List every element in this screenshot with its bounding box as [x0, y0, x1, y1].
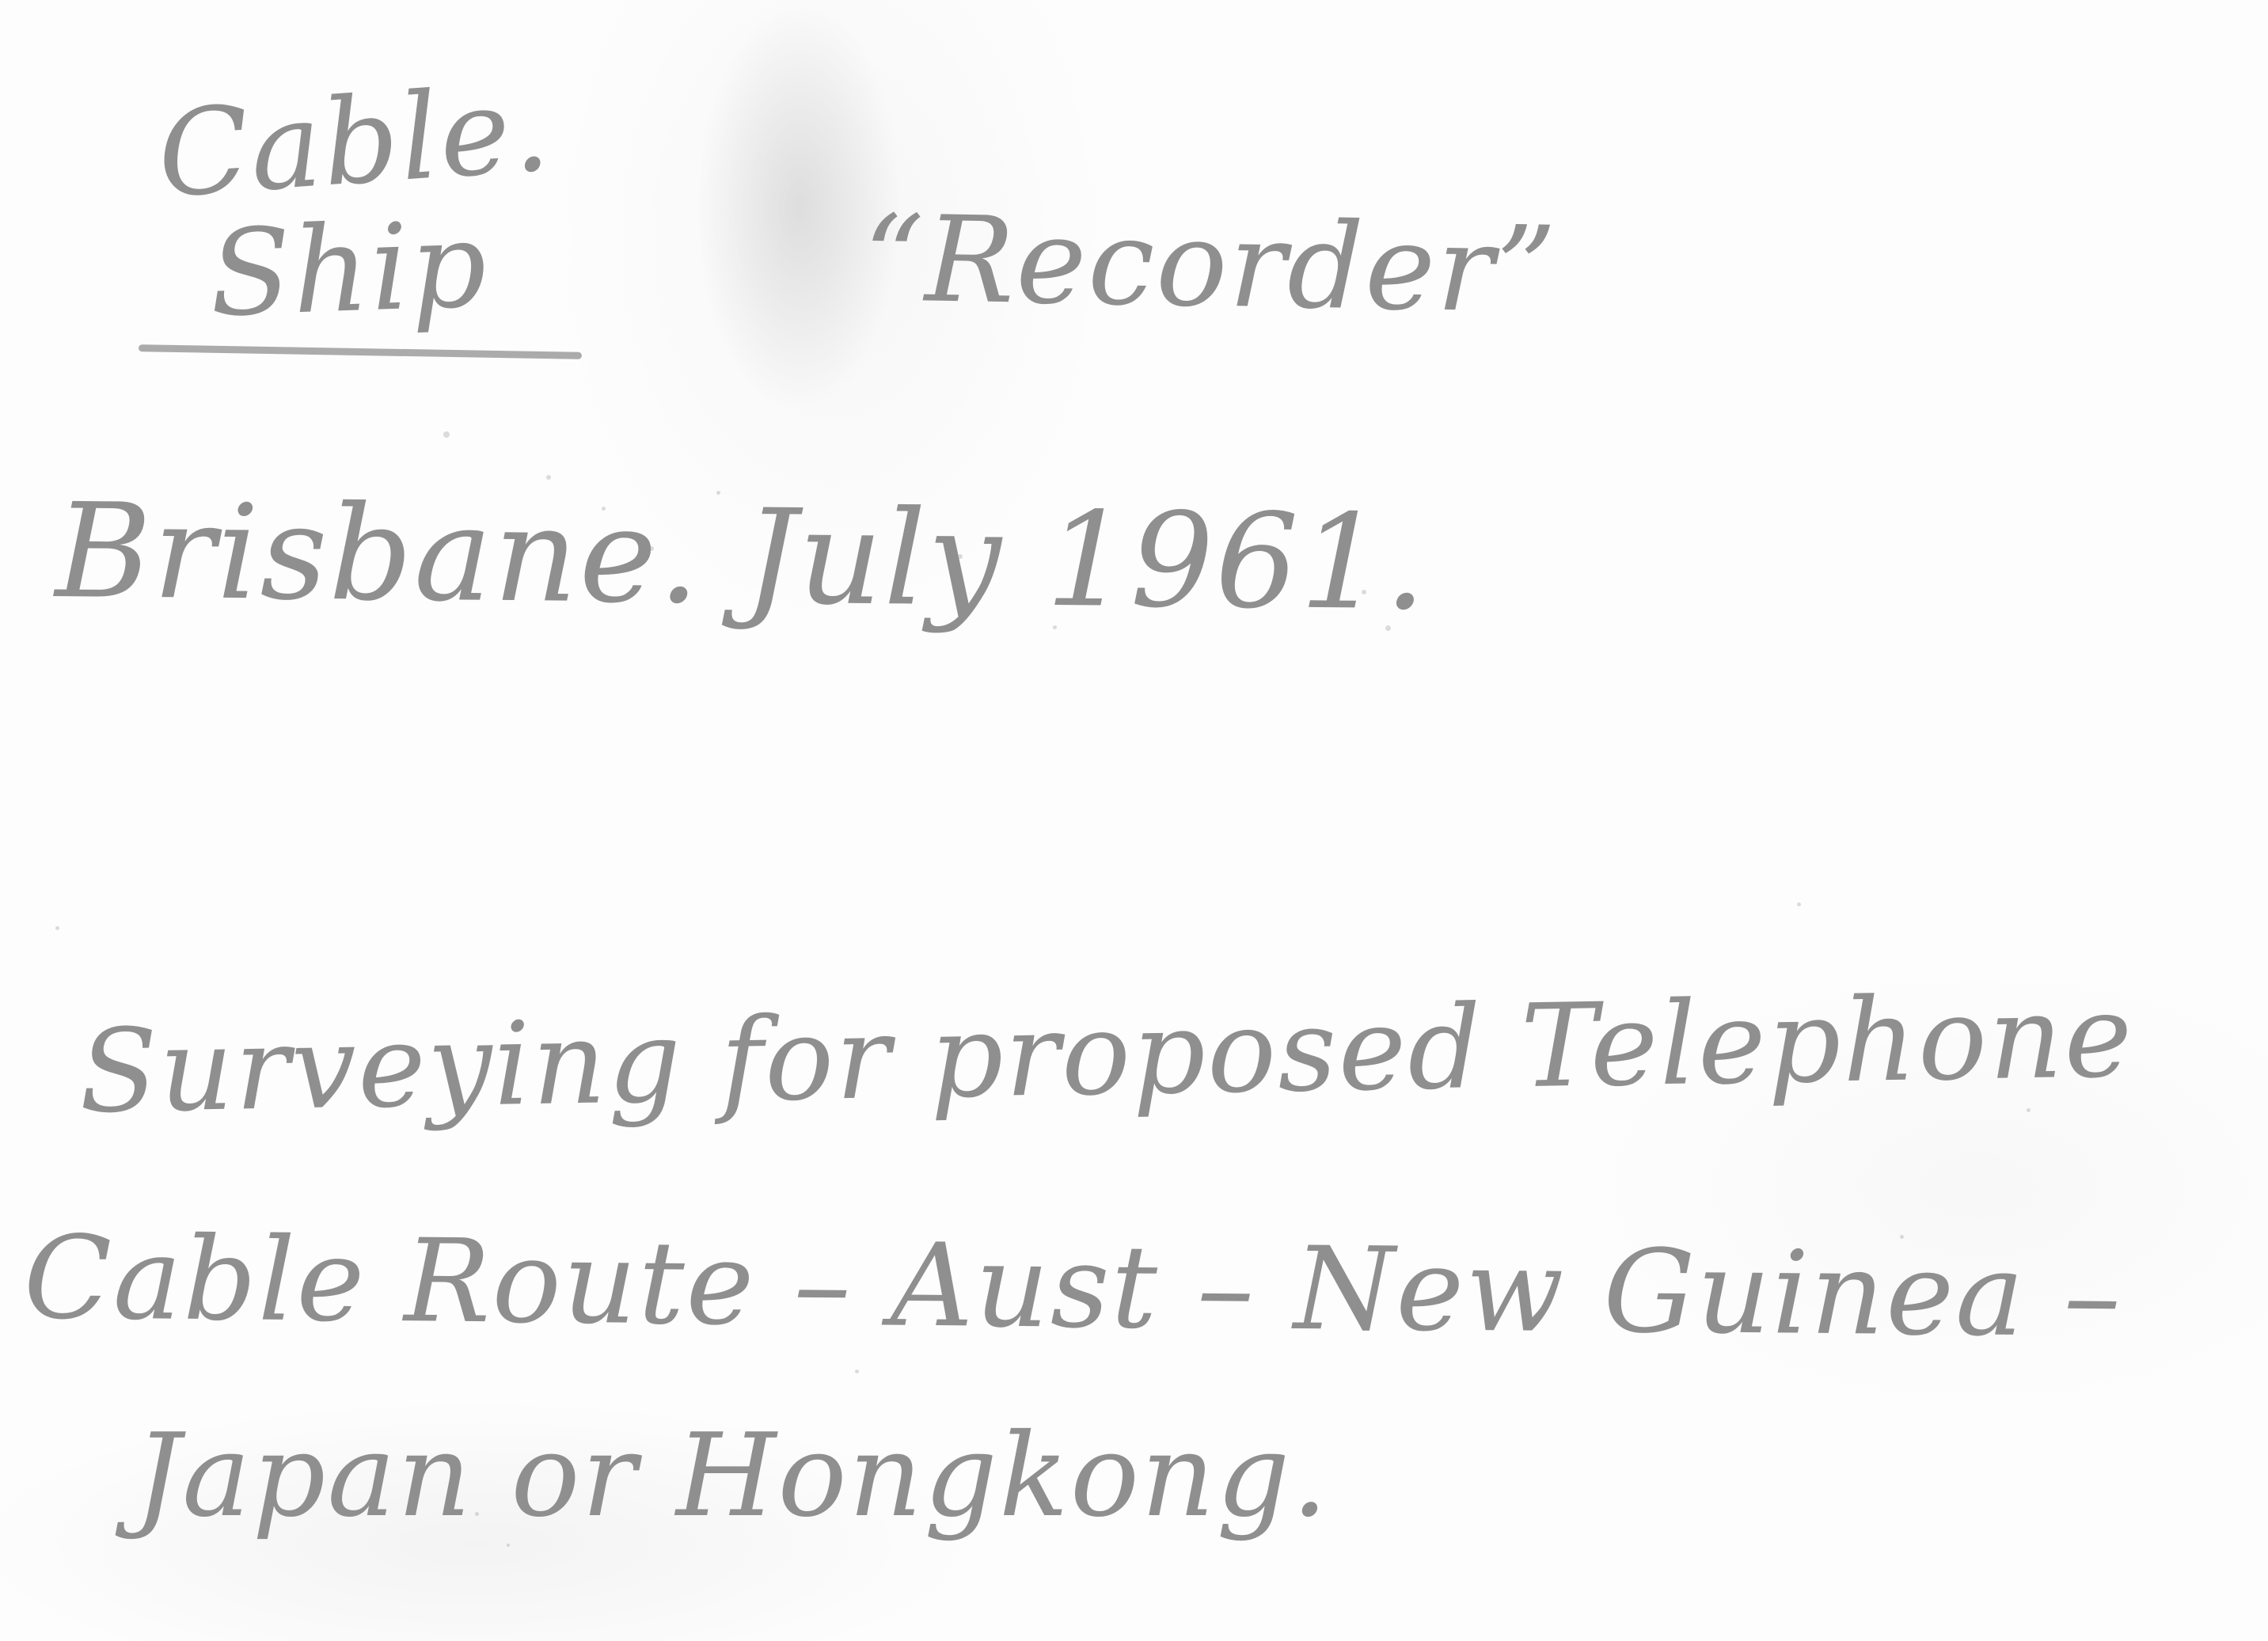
body-line-3: Japan or Hongkong. [135, 1409, 1329, 1543]
speckle [2027, 1108, 2031, 1112]
speckle [443, 431, 450, 438]
speckle [475, 1512, 479, 1516]
speckle [1385, 625, 1391, 631]
speckle [958, 554, 963, 559]
speckle [546, 475, 551, 480]
speckle [1053, 625, 1057, 629]
speckle [507, 1544, 510, 1547]
heading-ship: Ship [207, 196, 490, 344]
speckle [602, 507, 606, 511]
speckle [716, 491, 720, 495]
speckle [1900, 1235, 1904, 1239]
speckle [1797, 902, 1801, 906]
speckle [1362, 590, 1366, 594]
body-line-2: Cable Route – Aust – New Guinea – [23, 1211, 2123, 1363]
place-date: Brisbane. July 1961. [55, 475, 1428, 639]
speckle [855, 1369, 859, 1373]
ship-name: “Recorder” [861, 190, 1558, 340]
speckle [55, 926, 59, 930]
speckle [649, 546, 654, 551]
